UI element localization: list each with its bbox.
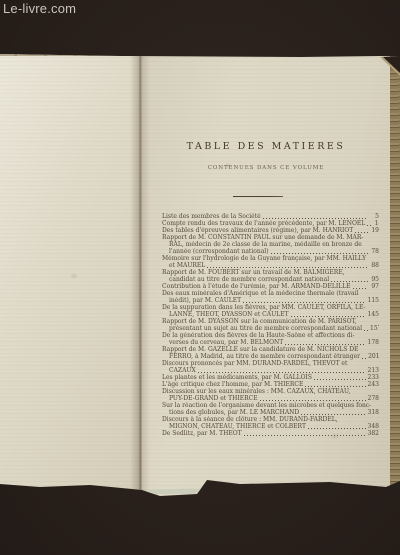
toc-entry-line: Mémoire sur l'hydrologie de la Guyane fr… <box>162 255 379 262</box>
toc-entry-line: Discours à la séance de clôture : MM. DU… <box>162 416 379 423</box>
toc-entry-line: Sur la réaction de l'organisme devant le… <box>162 402 379 409</box>
toc-entry-text: présentant un sujet au titre de membre c… <box>162 325 362 332</box>
toc-page-number: 157 <box>370 325 379 332</box>
toc-page-number: 243 <box>368 381 379 388</box>
dotted-leader <box>291 316 366 317</box>
dotted-leader <box>244 435 366 436</box>
toc-entry-line: inédit), par M. CAULET115 <box>162 297 379 304</box>
dotted-leader <box>364 330 368 331</box>
toc-page-number: 88 <box>370 262 379 269</box>
toc-entry-text: Des tables d'épreuves alimentaires (régi… <box>162 227 353 234</box>
toc-entry-text: MIGNON, CHATEAU, THIERCE et COLBERT <box>162 423 306 430</box>
toc-entry-line: Des tables d'épreuves alimentaires (régi… <box>162 227 379 234</box>
toc-page-number: 213 <box>368 367 379 374</box>
toc-entry-text: Les plantes et les médicaments, par M. G… <box>162 374 312 381</box>
toc-entry-line: Liste des membres de la Société5 <box>162 213 379 220</box>
toc-entry-line: RAL, médecin de 2e classe de la marine, … <box>162 241 379 248</box>
toc-entry-text: Des eaux minérales d'Amérique et la méde… <box>162 290 358 297</box>
toc-entry-line: Discussion sur les eaux minérales : MM. … <box>162 388 379 395</box>
toc-entry-line: Rapport de M. DYASSON sur la communicati… <box>162 318 379 325</box>
dotted-leader <box>362 358 366 359</box>
toc-entry-line: LANNE, THÉOT, DYASSON et CAULET145 <box>162 311 379 318</box>
dotted-leader <box>260 400 366 401</box>
dotted-leader <box>353 288 368 289</box>
toc-page-number: 382 <box>368 430 379 437</box>
watermark-text: Le-livre.com <box>3 1 76 16</box>
toc-page-number: 318 <box>368 409 379 416</box>
dotted-leader <box>207 267 368 268</box>
dotted-leader <box>285 344 365 345</box>
toc-entry-text: De Sedlitz, par M. THÉOT <box>162 430 242 437</box>
toc-entry-line: De la génération des fièvres de la Haute… <box>162 332 379 339</box>
toc-page-number: 348 <box>368 423 379 430</box>
toc-entry-text: Contribution à l'étude de l'urémie, par … <box>162 283 351 290</box>
toc-entry-line: l'année (correspondant national)78 <box>162 248 379 255</box>
toc-entry-line: Rapport de M. FOUBERT sur un travail de … <box>162 269 379 276</box>
toc-entry-line: tions des globules, par M. LE MARCHAND31… <box>162 409 379 416</box>
toc-entry-text: Mémoire sur l'hydrologie de la Guyane fr… <box>162 255 366 262</box>
toc-entry-text: FERRO, à Madrid, au titre de membre corr… <box>162 353 360 360</box>
dotted-leader <box>308 428 366 429</box>
dotted-leader <box>355 232 368 233</box>
dotted-leader <box>263 218 368 219</box>
toc-page-number: 95 <box>370 276 379 283</box>
dotted-leader <box>305 386 365 387</box>
book-photo-background: Le-livre.com TABLE DES MATIERES CONTENUE… <box>0 0 400 555</box>
toc-entry-text: Rapport de M. CONSTANTIN PAUL sur une de… <box>162 234 363 241</box>
dotted-leader <box>331 281 368 282</box>
toc-list: Liste des membres de la Société5Compte r… <box>162 213 379 437</box>
toc-entry-text: L'âge critique chez l'homme, par M. THIE… <box>162 381 303 388</box>
toc-entry-line: CAZAUX213 <box>162 367 379 374</box>
toc-entry-text: Discours prononcés par MM. DURAND-FARDEL… <box>162 360 347 367</box>
toc-entry-line: Rapport de M. CONSTANTIN PAUL sur une de… <box>162 234 379 241</box>
dotted-leader <box>243 302 365 303</box>
toc-entry-line: Compte rendu des travaux de l'année préc… <box>162 220 379 227</box>
toc-entry-line: Les plantes et les médicaments, par M. G… <box>162 374 379 381</box>
toc-entry-line: FERRO, à Madrid, au titre de membre corr… <box>162 353 379 360</box>
toc-page-number: 115 <box>368 297 379 304</box>
toc-entry-text: Compte rendu des travaux de l'année préc… <box>162 220 365 227</box>
toc-entry-text: LANNE, THÉOT, DYASSON et CAULET <box>162 311 289 318</box>
toc-entry-line: PUY-DE-GRAND et THIERCE278 <box>162 395 379 402</box>
toc-entry-line: et MAUREL88 <box>162 262 379 269</box>
toc-entry-line: verses du cerveau, par M. BELMONT178 <box>162 339 379 346</box>
toc-entry-text: Sur la réaction de l'organisme devant le… <box>162 402 371 409</box>
dotted-leader <box>367 225 371 226</box>
toc-page-number: 19 <box>370 227 379 234</box>
toc-page-number: 14 <box>373 220 379 227</box>
dotted-leader <box>301 414 365 415</box>
toc-entry-line: Rapport de M. GAZELLE sur la candidature… <box>162 346 379 353</box>
toc-entry-text: Discours à la séance de clôture : MM. DU… <box>162 416 338 423</box>
toc-entry-text: De la génération des fièvres de la Haute… <box>162 332 355 339</box>
page-subtitle: CONTENUES DANS CE VOLUME <box>142 165 390 171</box>
toc-entry-line: L'âge critique chez l'homme, par M. THIE… <box>162 381 379 388</box>
toc-entry-text: inédit), par M. CAULET <box>162 297 241 304</box>
toc-page-number: 278 <box>368 395 379 402</box>
toc-entry-text: l'année (correspondant national) <box>162 248 269 255</box>
dotted-leader <box>314 379 366 380</box>
toc-page-number: 78 <box>370 248 379 255</box>
toc-entry-text: verses du cerveau, par M. BELMONT <box>162 339 283 346</box>
dotted-leader <box>271 253 368 254</box>
toc-entry-line: présentant un sujet au titre de membre c… <box>162 325 379 332</box>
dotted-leader <box>198 372 366 373</box>
divider-rule <box>233 196 283 197</box>
toc-entry-text: Discussion sur les eaux minérales : MM. … <box>162 388 350 395</box>
toc-entry-text: Liste des membres de la Société <box>162 213 261 220</box>
book-spread: TABLE DES MATIERES CONTENUES DANS CE VOL… <box>0 53 400 497</box>
toc-entry-line: De Sedlitz, par M. THÉOT382 <box>162 430 379 437</box>
toc-page-number: 201 <box>368 353 379 360</box>
toc-entry-text: De la suppuration dans les fièvres, par … <box>162 304 365 311</box>
toc-entry-text: RAL, médecin de 2e classe de la marine, … <box>162 241 362 248</box>
toc-entry-text: PUY-DE-GRAND et THIERCE <box>162 395 258 402</box>
toc-entry-text: CAZAUX <box>162 367 196 374</box>
toc-entry-text: et MAUREL <box>162 262 205 269</box>
toc-entry-line: candidat au titre de membre correspondan… <box>162 276 379 283</box>
toc-entry-line: MIGNON, CHATEAU, THIERCE et COLBERT348 <box>162 423 379 430</box>
toc-entry-line: Contribution à l'étude de l'urémie, par … <box>162 283 379 290</box>
toc-entry-text: candidat au titre de membre correspondan… <box>162 276 329 283</box>
page-title: TABLE DES MATIERES <box>142 141 390 152</box>
toc-entry-text: Rapport de M. FOUBERT sur un travail de … <box>162 269 345 276</box>
toc-entry-line: Discours prononcés par MM. DURAND-FARDEL… <box>162 360 379 367</box>
toc-page-number: 97 <box>370 283 379 290</box>
toc-page-number: 233 <box>368 374 379 381</box>
toc-entry-line: De la suppuration dans les fièvres, par … <box>162 304 379 311</box>
toc-entry-text: tions des globules, par M. LE MARCHAND <box>162 409 299 416</box>
toc-entry-line: Des eaux minérales d'Amérique et la méde… <box>162 290 379 297</box>
toc-page-number: 145 <box>368 311 379 318</box>
toc-entry-text: Rapport de M. GAZELLE sur la candidature… <box>162 346 358 353</box>
toc-page-number: 5 <box>370 213 379 220</box>
toc-entry-text: Rapport de M. DYASSON sur la communicati… <box>162 318 357 325</box>
printed-content: TABLE DES MATIERES CONTENUES DANS CE VOL… <box>0 53 400 497</box>
toc-page-number: 178 <box>368 339 379 346</box>
